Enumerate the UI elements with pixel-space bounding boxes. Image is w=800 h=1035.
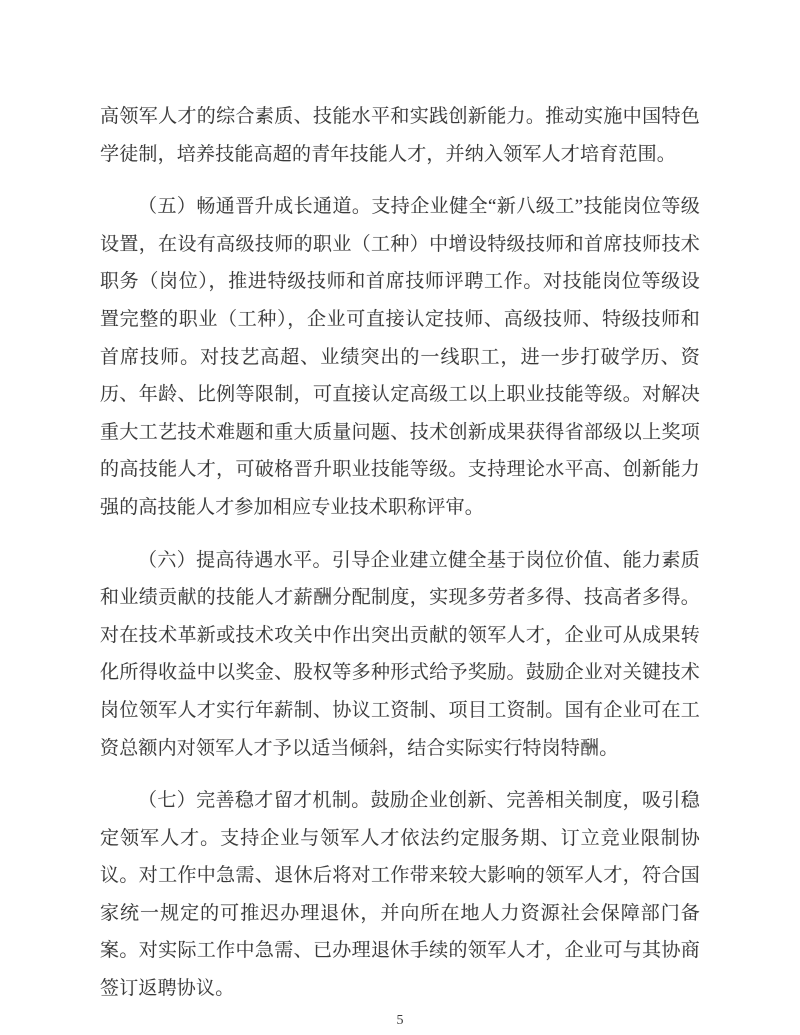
paragraph: （五）畅通晋升成长通道。支持企业健全“新八级工”技能岗位等级设置，在设有高级技师… bbox=[100, 188, 700, 526]
paragraph: 高领军人才的综合素质、技能水平和实践创新能力。推动实施中国特色学徒制，培养技能高… bbox=[100, 98, 700, 173]
document-body: 高领军人才的综合素质、技能水平和实践创新能力。推动实施中国特色学徒制，培养技能高… bbox=[100, 98, 700, 1023]
page-number: 5 bbox=[0, 1013, 800, 1029]
document-page: 高领军人才的综合素质、技能水平和实践创新能力。推动实施中国特色学徒制，培养技能高… bbox=[0, 0, 800, 1035]
paragraph: （六）提高待遇水平。引导企业建立健全基于岗位价值、能力素质和业绩贡献的技能人才薪… bbox=[100, 542, 700, 768]
paragraph: （七）完善稳才留才机制。鼓励企业创新、完善相关制度，吸引稳定领军人才。支持企业与… bbox=[100, 782, 700, 1008]
